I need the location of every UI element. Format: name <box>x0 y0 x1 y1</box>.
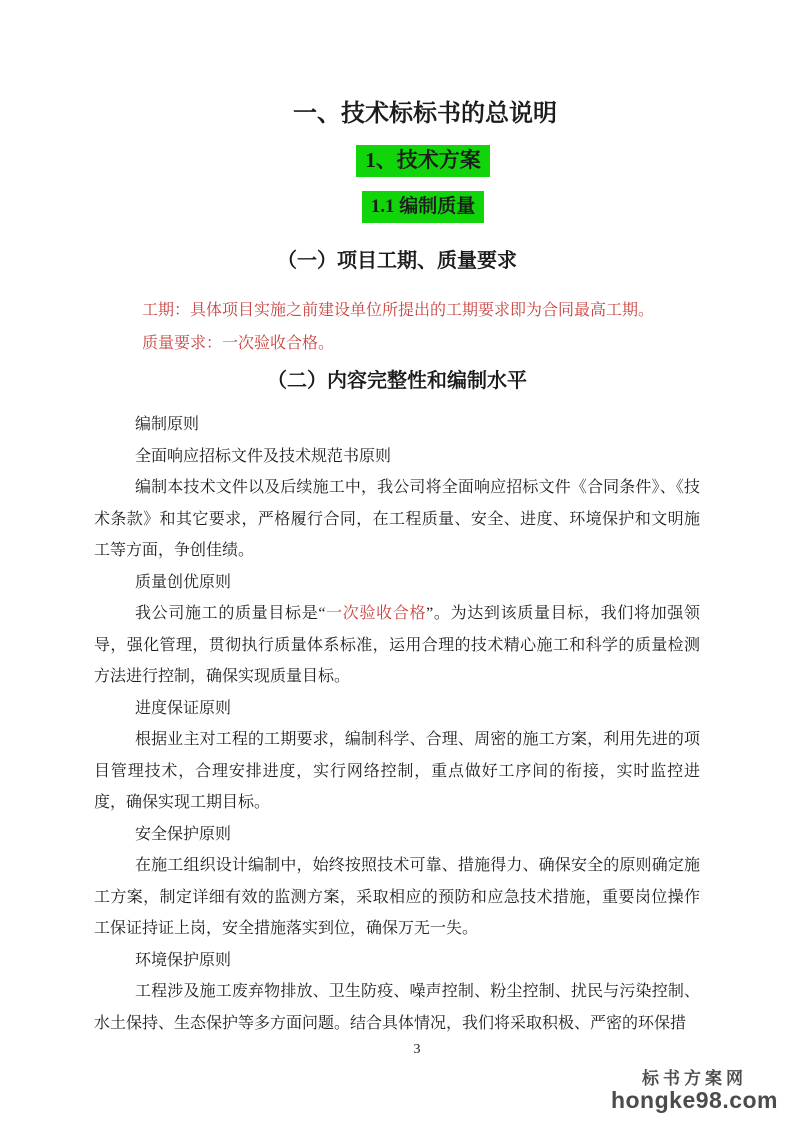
body-paragraph: 质量创优原则 <box>94 567 700 599</box>
highlight-heading-1-wrap: 1、技术方案 <box>120 145 726 177</box>
highlight-heading-1: 1、技术方案 <box>356 145 490 177</box>
body-paragraph: 安全保护原则 <box>94 819 700 851</box>
page-number: 3 <box>114 1041 720 1059</box>
section-1-red-paragraphs: 工期：具体项目实施之前建设单位所提出的工期要求即为合同最高工期。质量要求：一次验… <box>94 294 700 360</box>
red-paragraph: 质量要求：一次验收合格。 <box>94 327 700 360</box>
body-paragraph: 编制本技术文件以及后续施工中，我公司将全面响应招标文件《合同条件》、《技术条款》… <box>94 472 700 567</box>
body-paragraph: 编制原则 <box>94 409 700 441</box>
body-paragraphs: 编制原则全面响应招标文件及技术规范书原则编制本技术文件以及后续施工中，我公司将全… <box>94 409 700 1039</box>
body-paragraph: 进度保证原则 <box>94 693 700 725</box>
body-paragraph: 全面响应招标文件及技术规范书原则 <box>94 441 700 473</box>
text-segment: 编制原则 <box>135 416 199 433</box>
watermark-site-name: 标书方案网 <box>611 1070 778 1088</box>
text-segment: 我公司施工的质量目标是“ <box>135 605 325 622</box>
section-1-title: （一）项目工期、质量要求 <box>94 248 700 274</box>
text-segment: 根据业主对工程的工期要求，编制科学、合理、周密的施工方案，利用先进的项目管理技术… <box>94 731 700 811</box>
text-segment: 环境保护原则 <box>135 952 231 969</box>
body-paragraph: 根据业主对工程的工期要求，编制科学、合理、周密的施工方案，利用先进的项目管理技术… <box>94 724 700 819</box>
text-segment: 质量创优原则 <box>135 574 231 591</box>
text-segment: 工程涉及施工废弃物排放、卫生防疫、噪声控制、粉尘控制、扰民与污染控制、水土保持、… <box>94 983 700 1032</box>
highlight-heading-2-wrap: 1.1 编制质量 <box>120 191 726 223</box>
text-segment: 编制本技术文件以及后续施工中，我公司将全面响应招标文件《合同条件》、《技术条款》… <box>94 479 700 559</box>
text-segment: 全面响应招标文件及技术规范书原则 <box>135 448 391 465</box>
document-title: 一、技术标标书的总说明 <box>122 100 728 128</box>
body-paragraph: 工程涉及施工废弃物排放、卫生防疫、噪声控制、粉尘控制、扰民与污染控制、水土保持、… <box>94 976 700 1039</box>
body-paragraph: 在施工组织设计编制中，始终按照技术可靠、措施得力、确保安全的原则确定施工方案，制… <box>94 850 700 945</box>
body-paragraph: 环境保护原则 <box>94 945 700 977</box>
document-page: 一、技术标标书的总说明 1、技术方案 1.1 编制质量 （一）项目工期、质量要求… <box>0 0 793 1122</box>
red-paragraph: 工期：具体项目实施之前建设单位所提出的工期要求即为合同最高工期。 <box>94 294 700 327</box>
watermark-site-url: hongke98.com <box>611 1088 778 1112</box>
text-segment: 安全保护原则 <box>135 826 231 843</box>
body-paragraph: 我公司施工的质量目标是“一次验收合格”。为达到该质量目标，我们将加强领导，强化管… <box>94 598 700 693</box>
text-segment: 在施工组织设计编制中，始终按照技术可靠、措施得力、确保安全的原则确定施工方案，制… <box>94 857 700 937</box>
site-watermark: 标书方案网 hongke98.com <box>611 1070 778 1112</box>
section-2-title: （二）内容完整性和编制水平 <box>94 368 700 394</box>
red-emphasis-text: 一次验收合格 <box>325 605 426 622</box>
text-segment: 进度保证原则 <box>135 700 231 717</box>
highlight-heading-2: 1.1 编制质量 <box>362 191 485 223</box>
